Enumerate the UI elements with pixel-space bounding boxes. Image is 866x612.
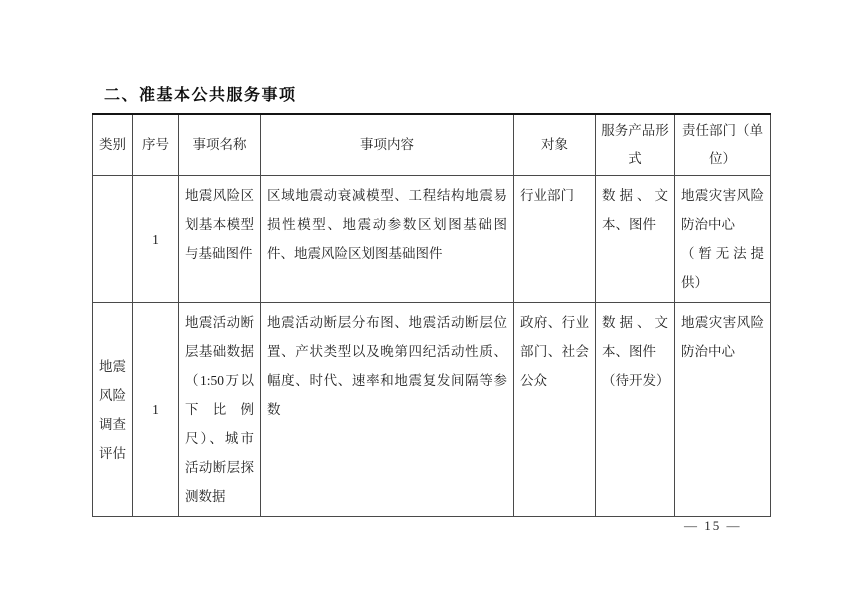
header-target: 对象 bbox=[514, 114, 596, 176]
table-row: 地震风险调查评估 1 地震活动断层基础数据（1:50万以下比例尺）、城市活动断层… bbox=[93, 303, 771, 517]
department-note: （暂无法提供） bbox=[681, 239, 764, 297]
header-item-content: 事项内容 bbox=[261, 114, 514, 176]
department-text: 地震灾害风险防治中心 bbox=[681, 308, 764, 366]
header-department: 责任部门（单位） bbox=[675, 114, 771, 176]
service-items-table: 类别 序号 事项名称 事项内容 对象 服务产品形式 责任部门（单位） 1 地震风… bbox=[92, 113, 771, 517]
header-product-form: 服务产品形式 bbox=[596, 114, 675, 176]
product-form-note: （待开发） bbox=[602, 366, 668, 395]
page-number: — 15 — bbox=[684, 518, 742, 534]
cell-target: 行业部门 bbox=[514, 176, 596, 303]
header-category: 类别 bbox=[93, 114, 133, 176]
cell-product-form: 数据、文本、图件 （待开发） bbox=[596, 303, 675, 517]
table-header-row: 类别 序号 事项名称 事项内容 对象 服务产品形式 责任部门（单位） bbox=[93, 114, 771, 176]
cell-department: 地震灾害风险防治中心 （暂无法提供） bbox=[675, 176, 771, 303]
product-form-text: 数据、文本、图件 bbox=[602, 308, 668, 366]
cell-category: 地震风险调查评估 bbox=[93, 303, 133, 517]
cell-department: 地震灾害风险防治中心 bbox=[675, 303, 771, 517]
page-title: 二、准基本公共服务事项 bbox=[104, 82, 297, 105]
cell-number: 1 bbox=[133, 176, 179, 303]
table-row: 1 地震风险区划基本模型与基础图件 区域地震动衰减模型、工程结构地震易损性模型、… bbox=[93, 176, 771, 303]
header-number: 序号 bbox=[133, 114, 179, 176]
product-form-text: 数据、文本、图件 bbox=[602, 181, 668, 239]
cell-number: 1 bbox=[133, 303, 179, 517]
cell-item-name: 地震风险区划基本模型与基础图件 bbox=[179, 176, 261, 303]
cell-item-content: 地震活动断层分布图、地震活动断层位置、产状类型以及晚第四纪活动性质、幅度、时代、… bbox=[261, 303, 514, 517]
header-item-name: 事项名称 bbox=[179, 114, 261, 176]
cell-item-content: 区域地震动衰减模型、工程结构地震易损性模型、地震动参数区划图基础图件、地震风险区… bbox=[261, 176, 514, 303]
cell-item-name: 地震活动断层基础数据（1:50万以下比例尺）、城市活动断层探测数据 bbox=[179, 303, 261, 517]
cell-product-form: 数据、文本、图件 bbox=[596, 176, 675, 303]
cell-target: 政府、行业部门、社会公众 bbox=[514, 303, 596, 517]
cell-category bbox=[93, 176, 133, 303]
department-text: 地震灾害风险防治中心 bbox=[681, 181, 764, 239]
